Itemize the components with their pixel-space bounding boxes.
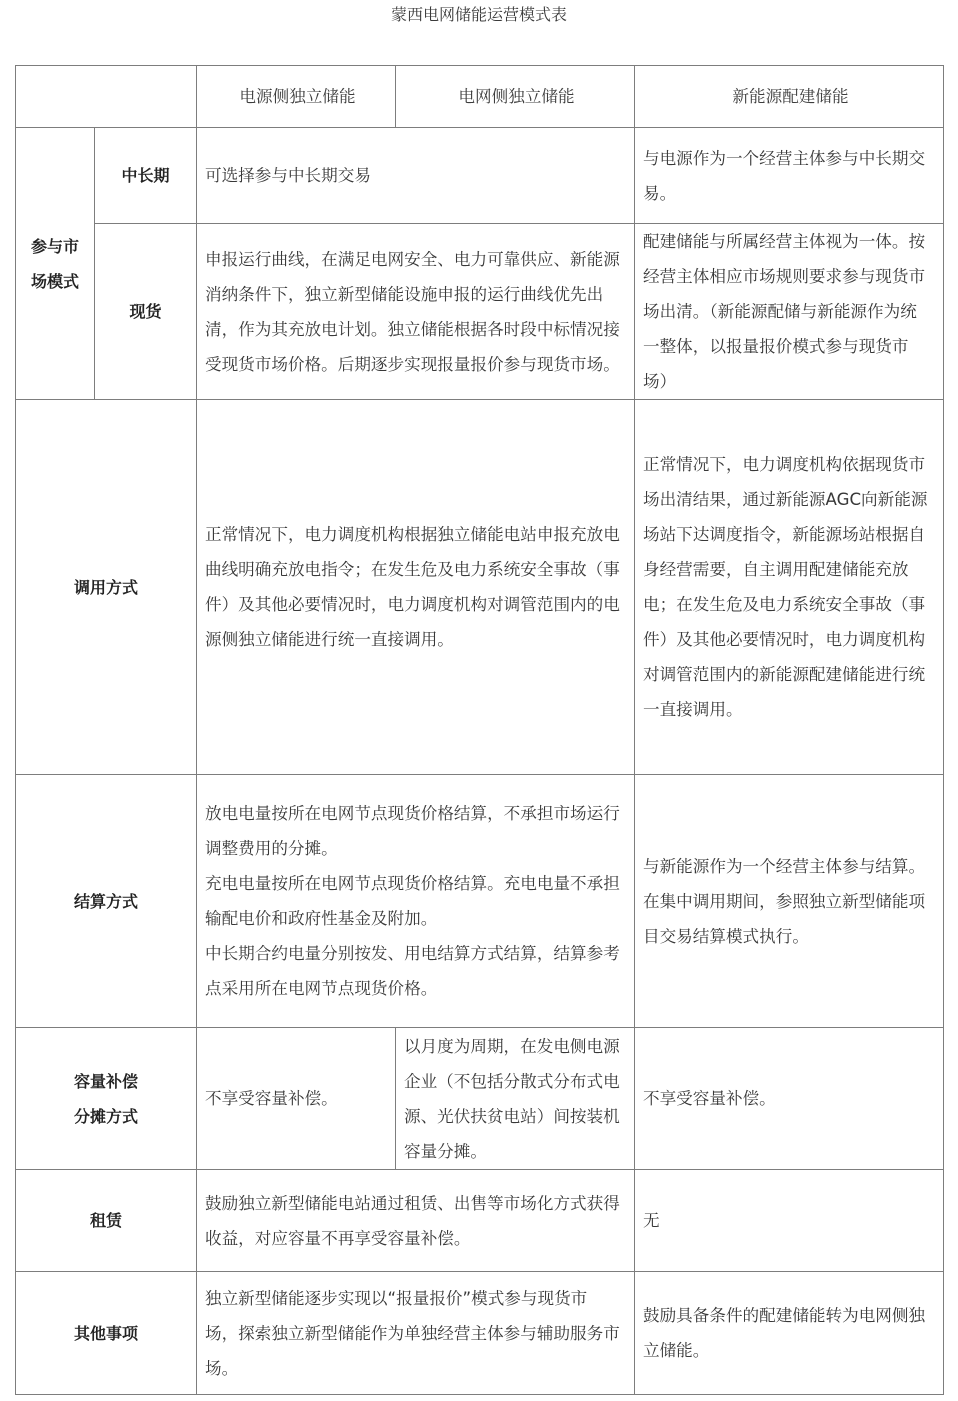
cell-other-independent: 独立新型储能逐步实现以“报量报价”模式参与现货市 场，探索独立新型储能作为单独经… bbox=[197, 1272, 635, 1395]
table-row-capacity-compensation: 容量补偿 分摊方式 不享受容量补偿。 以月度为周期，在发电侧电源 企业（不包括分… bbox=[16, 1028, 944, 1170]
cell-capacity-renewable: 不享受容量补偿。 bbox=[635, 1028, 944, 1170]
header-corner-cell bbox=[16, 66, 197, 128]
cell-mid-long-renewable: 与电源作为一个经营主体参与中长期交 易。 bbox=[635, 128, 944, 224]
table-row-other-matters: 其他事项 独立新型储能逐步实现以“报量报价”模式参与现货市 场，探索独立新型储能… bbox=[16, 1272, 944, 1395]
table-row-lease: 租赁 鼓励独立新型储能电站通过租赁、出售等市场化方式获得 收益，对应容量不再享受… bbox=[16, 1170, 944, 1272]
row-label-dispatch: 调用方式 bbox=[16, 400, 197, 775]
table-row-settlement: 结算方式 放电电量按所在电网节点现货价格结算，不承担市场运行 调整费用的分摊。 … bbox=[16, 775, 944, 1028]
header-renewable-colocated: 新能源配建储能 bbox=[635, 66, 944, 128]
cell-spot-renewable: 配建储能与所属经营主体视为一体。按 经营主体相应市场规则要求参与现货市 场出清。… bbox=[635, 224, 944, 400]
header-source-side-independent: 电源侧独立储能 bbox=[197, 66, 396, 128]
header-row: 电源侧独立储能 电网侧独立储能 新能源配建储能 bbox=[16, 66, 944, 128]
cell-settlement-independent: 放电电量按所在电网节点现货价格结算，不承担市场运行 调整费用的分摊。 充电电量按… bbox=[197, 775, 635, 1028]
header-grid-side-independent: 电网侧独立储能 bbox=[396, 66, 635, 128]
cell-capacity-grid-side: 以月度为周期，在发电侧电源 企业（不包括分散式分布式电 源、光伏扶贫电站）间按装… bbox=[396, 1028, 635, 1170]
row-label-lease: 租赁 bbox=[16, 1170, 197, 1272]
row-label-settlement: 结算方式 bbox=[16, 775, 197, 1028]
row-label-spot: 现货 bbox=[95, 224, 197, 400]
cell-other-renewable: 鼓励具备条件的配建储能转为电网侧独 立储能。 bbox=[635, 1272, 944, 1395]
cell-dispatch-renewable: 正常情况下，电力调度机构依据现货市 场出清结果，通过新能源AGC向新能源 场站下… bbox=[635, 400, 944, 775]
cell-lease-renewable: 无 bbox=[635, 1170, 944, 1272]
cell-spot-independent: 申报运行曲线，在满足电网安全、电力可靠供应、新能源 消纳条件下，独立新型储能设施… bbox=[197, 224, 635, 400]
storage-operation-mode-table: 电源侧独立储能 电网侧独立储能 新能源配建储能 参与市 场模式 中长期 可选择参… bbox=[15, 65, 943, 1395]
row-label-capacity-compensation: 容量补偿 分摊方式 bbox=[16, 1028, 197, 1170]
cell-dispatch-independent: 正常情况下，电力调度机构根据独立储能电站申报充放电 曲线明确充放电指令；在发生危… bbox=[197, 400, 635, 775]
cell-lease-independent: 鼓励独立新型储能电站通过租赁、出售等市场化方式获得 收益，对应容量不再享受容量补… bbox=[197, 1170, 635, 1272]
table-row-spot: 现货 申报运行曲线，在满足电网安全、电力可靠供应、新能源 消纳条件下，独立新型储… bbox=[16, 224, 944, 400]
row-group-label-market-mode: 参与市 场模式 bbox=[16, 128, 95, 400]
document-title: 蒙西电网储能运营模式表 bbox=[0, 3, 958, 27]
row-label-mid-long-term: 中长期 bbox=[95, 128, 197, 224]
row-label-other-matters: 其他事项 bbox=[16, 1272, 197, 1395]
cell-capacity-source-side: 不享受容量补偿。 bbox=[197, 1028, 396, 1170]
table-row-dispatch: 调用方式 正常情况下，电力调度机构根据独立储能电站申报充放电 曲线明确充放电指令… bbox=[16, 400, 944, 775]
operation-mode-table: 电源侧独立储能 电网侧独立储能 新能源配建储能 参与市 场模式 中长期 可选择参… bbox=[15, 65, 944, 1395]
cell-settlement-renewable: 与新能源作为一个经营主体参与结算。 在集中调用期间，参照独立新型储能项 目交易结… bbox=[635, 775, 944, 1028]
table-row-mid-long-term: 参与市 场模式 中长期 可选择参与中长期交易 与电源作为一个经营主体参与中长期交… bbox=[16, 128, 944, 224]
cell-mid-long-independent: 可选择参与中长期交易 bbox=[197, 128, 635, 224]
